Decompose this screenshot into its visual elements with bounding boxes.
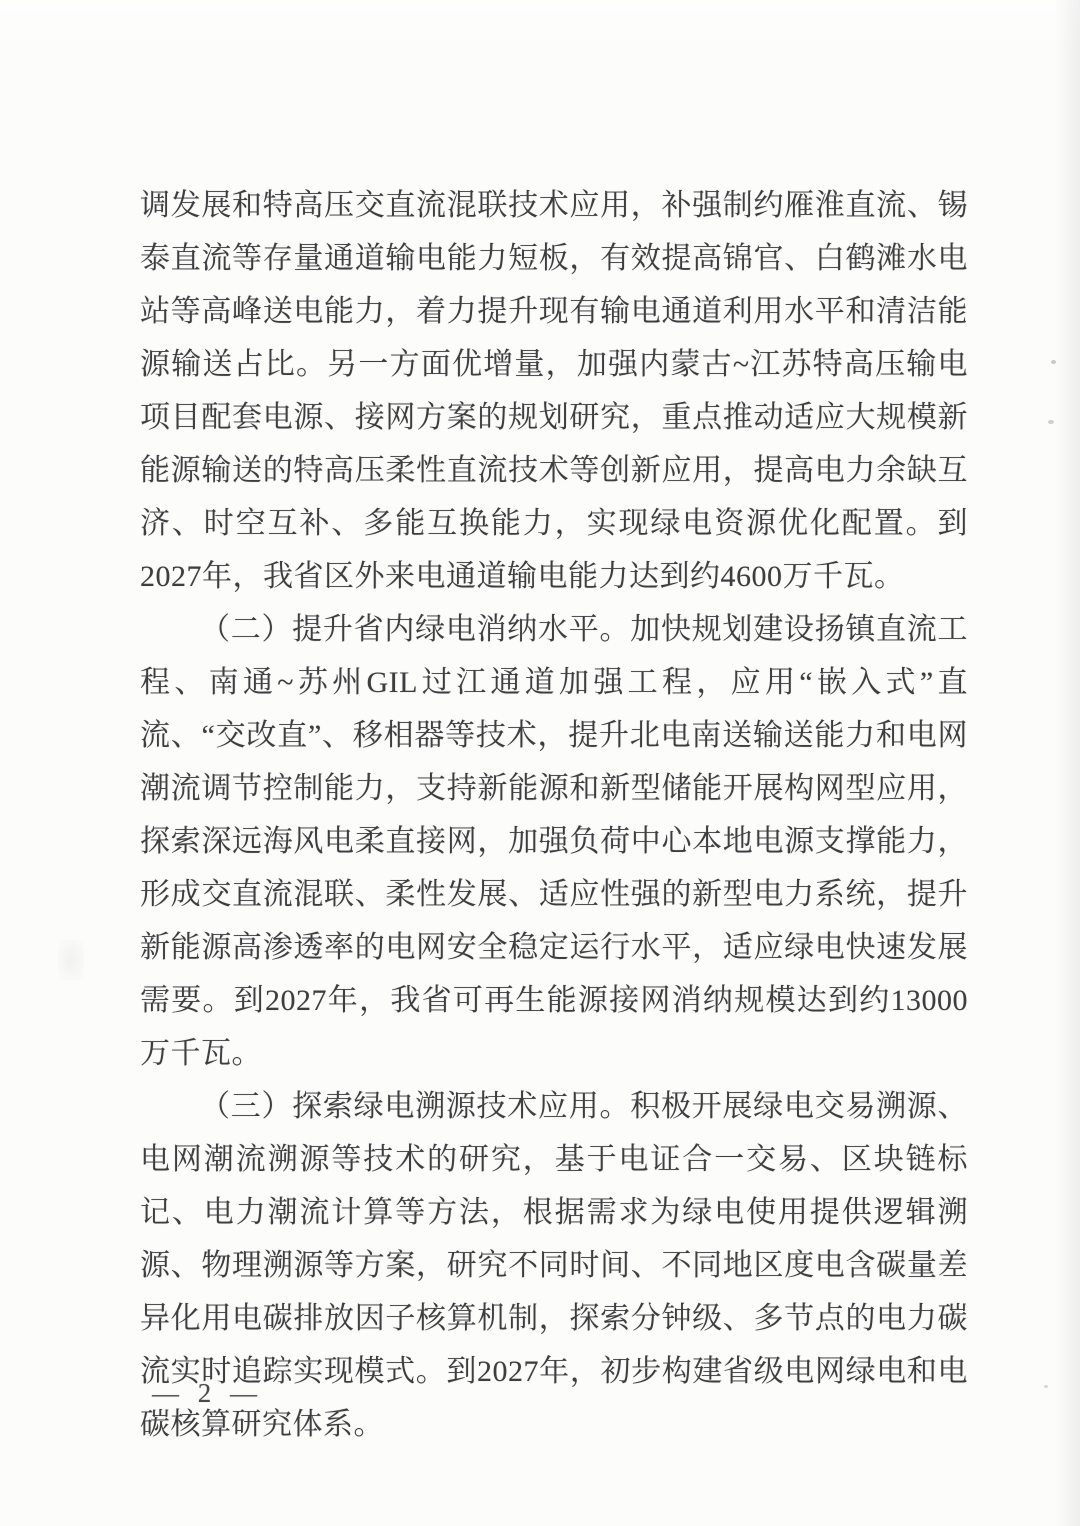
page-number: — 2 — (152, 1378, 263, 1409)
scan-speck (1048, 420, 1054, 424)
paragraph: 调发展和特高压交直流混联技术应用，补强制约雁淮直流、锡泰直流等存量通道输电能力短… (140, 179, 968, 603)
paragraph: （二）提升省内绿电消纳水平。加快规划建设扬镇直流工程、南通~苏州GIL过江通道加… (140, 603, 968, 1080)
scan-speck (1044, 1385, 1048, 1388)
paragraph-text: 积极开展绿电交易溯源、电网潮流溯源等技术的研究，基于电证合一交易、区块链标记、电… (140, 1090, 968, 1441)
document-page: 调发展和特高压交直流混联技术应用，补强制约雁淮直流、锡泰直流等存量通道输电能力短… (0, 0, 1080, 1526)
scan-smudge (58, 940, 84, 980)
paragraph-heading: （三）探索绿电溯源技术应用。 (200, 1090, 630, 1123)
scan-speck (1051, 360, 1056, 364)
paragraph-text: 调发展和特高压交直流混联技术应用，补强制约雁淮直流、锡泰直流等存量通道输电能力短… (140, 189, 968, 593)
paragraph: （三）探索绿电溯源技术应用。积极开展绿电交易溯源、电网潮流溯源等技术的研究，基于… (140, 1080, 968, 1451)
paragraph-heading: （二）提升省内绿电消纳水平。 (200, 613, 630, 646)
paragraph-text: 加快规划建设扬镇直流工程、南通~苏州GIL过江通道加强工程，应用“嵌入式”直流、… (140, 613, 968, 1070)
document-body: 调发展和特高压交直流混联技术应用，补强制约雁淮直流、锡泰直流等存量通道输电能力短… (140, 179, 968, 1451)
